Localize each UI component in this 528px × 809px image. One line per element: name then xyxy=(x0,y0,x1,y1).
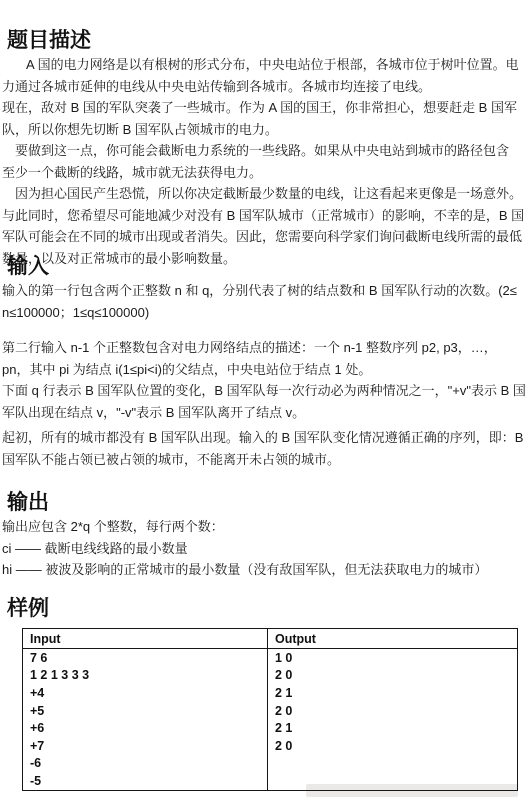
section-samples: 样例 Input Output 7 6 1 0 1 2 1 3 3 3 2 0 … xyxy=(0,596,528,791)
sample-input-cell: +7 xyxy=(23,737,268,755)
text-line: 国军队不能占领已被占领的城市，不能离开未占领的城市。 xyxy=(0,449,528,471)
sample-output-cell: 1 0 xyxy=(268,649,518,667)
sample-output-cell: 2 1 xyxy=(268,719,518,737)
sample-output-cell: 2 0 xyxy=(268,737,518,755)
text-line: 与此同时，您希望尽可能地减少对没有 B 国军队城市（正常城市）的影响，不幸的是，… xyxy=(0,205,528,227)
sample-input-cell: +6 xyxy=(23,719,268,737)
table-row: -6 xyxy=(23,755,518,773)
samples-col-input: Input xyxy=(23,629,268,649)
sample-input-cell: +4 xyxy=(23,684,268,702)
text-line: 下面 q 行表示 B 国军队位置的变化，B 国军队每一次行动必为两种情况之一，"… xyxy=(0,380,528,402)
text-line: 军队出现在结点 v，"-v"表示 B 国军队离开了结点 v。 xyxy=(0,402,528,424)
sample-input-cell: 1 2 1 3 3 3 xyxy=(23,667,268,685)
text-line: A 国的电力网络是以有根树的形式分布，中央电站位于根部，各城市位于树叶位置。电 xyxy=(0,54,528,76)
sample-input-cell: +5 xyxy=(23,702,268,720)
sample-output-cell xyxy=(268,772,518,790)
text-line: hi —— 被波及影响的正常城市的最小数量（没有敌国军队，但无法获取电力的城市） xyxy=(0,559,528,581)
section-description: 题目描述 A 国的电力网络是以有根树的形式分布，中央电站位于根部，各城市位于树叶… xyxy=(0,28,528,269)
section-output: 输出 输出应包含 2*q 个整数，每行两个数： ci —— 截断电线线路的最小数… xyxy=(0,490,528,581)
section-input: 输入 输入的第一行包含两个正整数 n 和 q，分别代表了树的结点数和 B 国军队… xyxy=(0,254,528,470)
section-title-description: 题目描述 xyxy=(0,28,528,54)
text-line: ci —— 截断电线线路的最小数量 xyxy=(0,538,528,560)
table-row: 1 2 1 3 3 3 2 0 xyxy=(23,667,518,685)
sample-output-cell: 2 0 xyxy=(268,702,518,720)
text-line: 要做到这一点，你可能会截断电力系统的一些线路。如果从中央电站到城市的路径包含 xyxy=(0,140,528,162)
table-row: +6 2 1 xyxy=(23,719,518,737)
table-row: +7 2 0 xyxy=(23,737,518,755)
text-line: 队，所以你想先切断 B 国军队占领城市的电力。 xyxy=(0,119,528,141)
section-title-samples: 样例 xyxy=(0,596,528,622)
text-line: 现在，敌对 B 国的军队突袭了一些城市。作为 A 国的国王，你非常担心，想要赶走… xyxy=(0,97,528,119)
text-line: n≤100000；1≤q≤100000) xyxy=(0,302,528,324)
sample-output-cell: 2 0 xyxy=(268,667,518,685)
section-title-output: 输出 xyxy=(0,490,528,516)
text-line: 因为担心国民产生恐慌，所以你决定截断最少数量的电线，让这看起来更像是一场意外。 xyxy=(0,183,528,205)
samples-col-output: Output xyxy=(268,629,518,649)
section-title-input: 输入 xyxy=(0,254,528,280)
paragraph-gap xyxy=(0,323,528,337)
table-row: 7 6 1 0 xyxy=(23,649,518,667)
text-line: 力通过各城市延伸的电线从中央电站传输到各城市。各城市均连接了电线。 xyxy=(0,76,528,98)
table-row: -5 xyxy=(23,772,518,790)
sample-input-cell: -6 xyxy=(23,755,268,773)
text-line: pn，其中 pi 为结点 i(1≤pi<i)的父结点，中央电站位于结点 1 处。 xyxy=(0,359,528,381)
table-row: +4 2 1 xyxy=(23,684,518,702)
text-line: 军队可能会在不同的城市出现或者消失。因此，您需要向科学家们询问截断电线所需的最低 xyxy=(0,226,528,248)
table-row: +5 2 0 xyxy=(23,702,518,720)
sample-output-cell xyxy=(268,755,518,773)
table-header-row: Input Output xyxy=(23,629,518,649)
sample-output-cell: 2 1 xyxy=(268,684,518,702)
problem-page: { "colors": { "bg": "#ffffff", "text": "… xyxy=(0,0,528,809)
text-line: 第二行输入 n-1 个正整数包含对电力网络结点的描述：一个 n-1 整数序列 p… xyxy=(0,337,528,359)
text-line: 输入的第一行包含两个正整数 n 和 q，分别代表了树的结点数和 B 国军队行动的… xyxy=(0,280,528,302)
samples-table: Input Output 7 6 1 0 1 2 1 3 3 3 2 0 +4 … xyxy=(22,628,518,791)
sample-input-cell: -5 xyxy=(23,772,268,790)
sample-input-cell: 7 6 xyxy=(23,649,268,667)
text-line: 起初，所有的城市都没有 B 国军队出现。输入的 B 国军队变化情况遵循正确的序列… xyxy=(0,427,528,449)
text-line: 输出应包含 2*q 个整数，每行两个数： xyxy=(0,516,528,538)
text-line: 至少一个截断的线路，城市就无法获得电力。 xyxy=(0,162,528,184)
